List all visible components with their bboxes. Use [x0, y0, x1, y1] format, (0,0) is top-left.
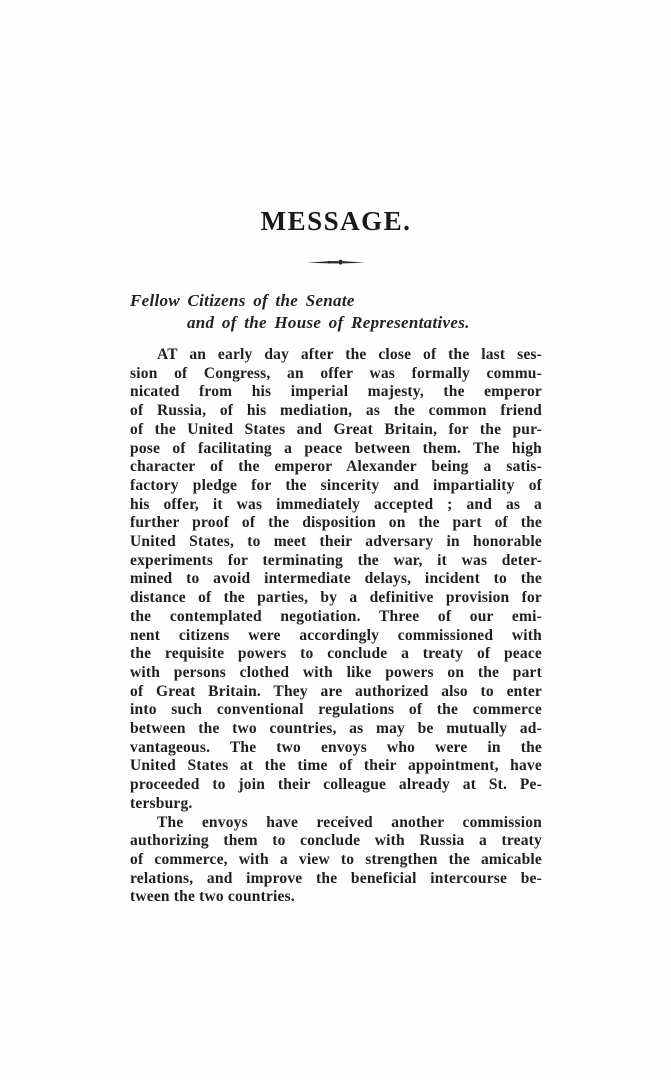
body-line: of the United States and Great Britain, …: [130, 421, 542, 440]
body-line: of commerce, with a view to strengthen t…: [130, 851, 542, 870]
body-line: between the two countries, as may be mut…: [130, 720, 542, 739]
divider-ornament-icon: [130, 258, 542, 267]
body-line: of Russia, of his mediation, as the comm…: [130, 402, 542, 421]
scanned-document-page: MESSAGE. Fellow Citizens of the Senate a…: [0, 0, 671, 1080]
text-column: MESSAGE. Fellow Citizens of the Senate a…: [130, 0, 542, 907]
body-line: experiments for terminating the war, it …: [130, 552, 542, 571]
body-line: with persons clothed with like powers on…: [130, 664, 542, 683]
salutation-line-1: Fellow Citizens of the Senate: [130, 290, 542, 312]
message-body: AT an early day after the close of the l…: [130, 346, 542, 907]
body-line: into such conventional regulations of th…: [130, 701, 542, 720]
body-line: the requisite powers to conclude a treat…: [130, 645, 542, 664]
body-line: relations, and improve the beneficial in…: [130, 870, 542, 889]
body-line: pose of facilitating a peace between the…: [130, 440, 542, 459]
body-line: United States, to meet their adversary i…: [130, 533, 542, 552]
body-line: character of the emperor Alexander being…: [130, 458, 542, 477]
body-line: United States at the time of their appoi…: [130, 757, 542, 776]
body-line: mined to avoid intermediate delays, inci…: [130, 570, 542, 589]
salutation-line-2: and of the House of Representatives.: [130, 312, 542, 334]
body-line: the contemplated negotiation. Three of o…: [130, 608, 542, 627]
body-line: The envoys have received another commiss…: [130, 814, 542, 833]
body-line: vantageous. The two envoys who were in t…: [130, 739, 542, 758]
body-line: AT an early day after the close of the l…: [130, 346, 542, 365]
body-line: sion of Congress, an offer was formally …: [130, 365, 542, 384]
salutation: Fellow Citizens of the Senate and of the…: [130, 290, 542, 334]
body-line: further proof of the disposition on the …: [130, 514, 542, 533]
body-line: distance of the parties, by a definitive…: [130, 589, 542, 608]
body-line: nicated from his imperial majesty, the e…: [130, 383, 542, 402]
body-line: of Great Britain. They are authorized al…: [130, 683, 542, 702]
body-line: tersburg.: [130, 795, 542, 814]
body-line: proceeded to join their colleague alread…: [130, 776, 542, 795]
document-title: MESSAGE.: [130, 0, 542, 235]
body-line: factory pledge for the sincerity and imp…: [130, 477, 542, 496]
body-line: nent citizens were accordingly commissio…: [130, 627, 542, 646]
body-line: tween the two countries.: [130, 888, 542, 907]
body-line: authorizing them to conclude with Russia…: [130, 832, 542, 851]
body-line: his offer, it was immediately accepted ;…: [130, 496, 542, 515]
